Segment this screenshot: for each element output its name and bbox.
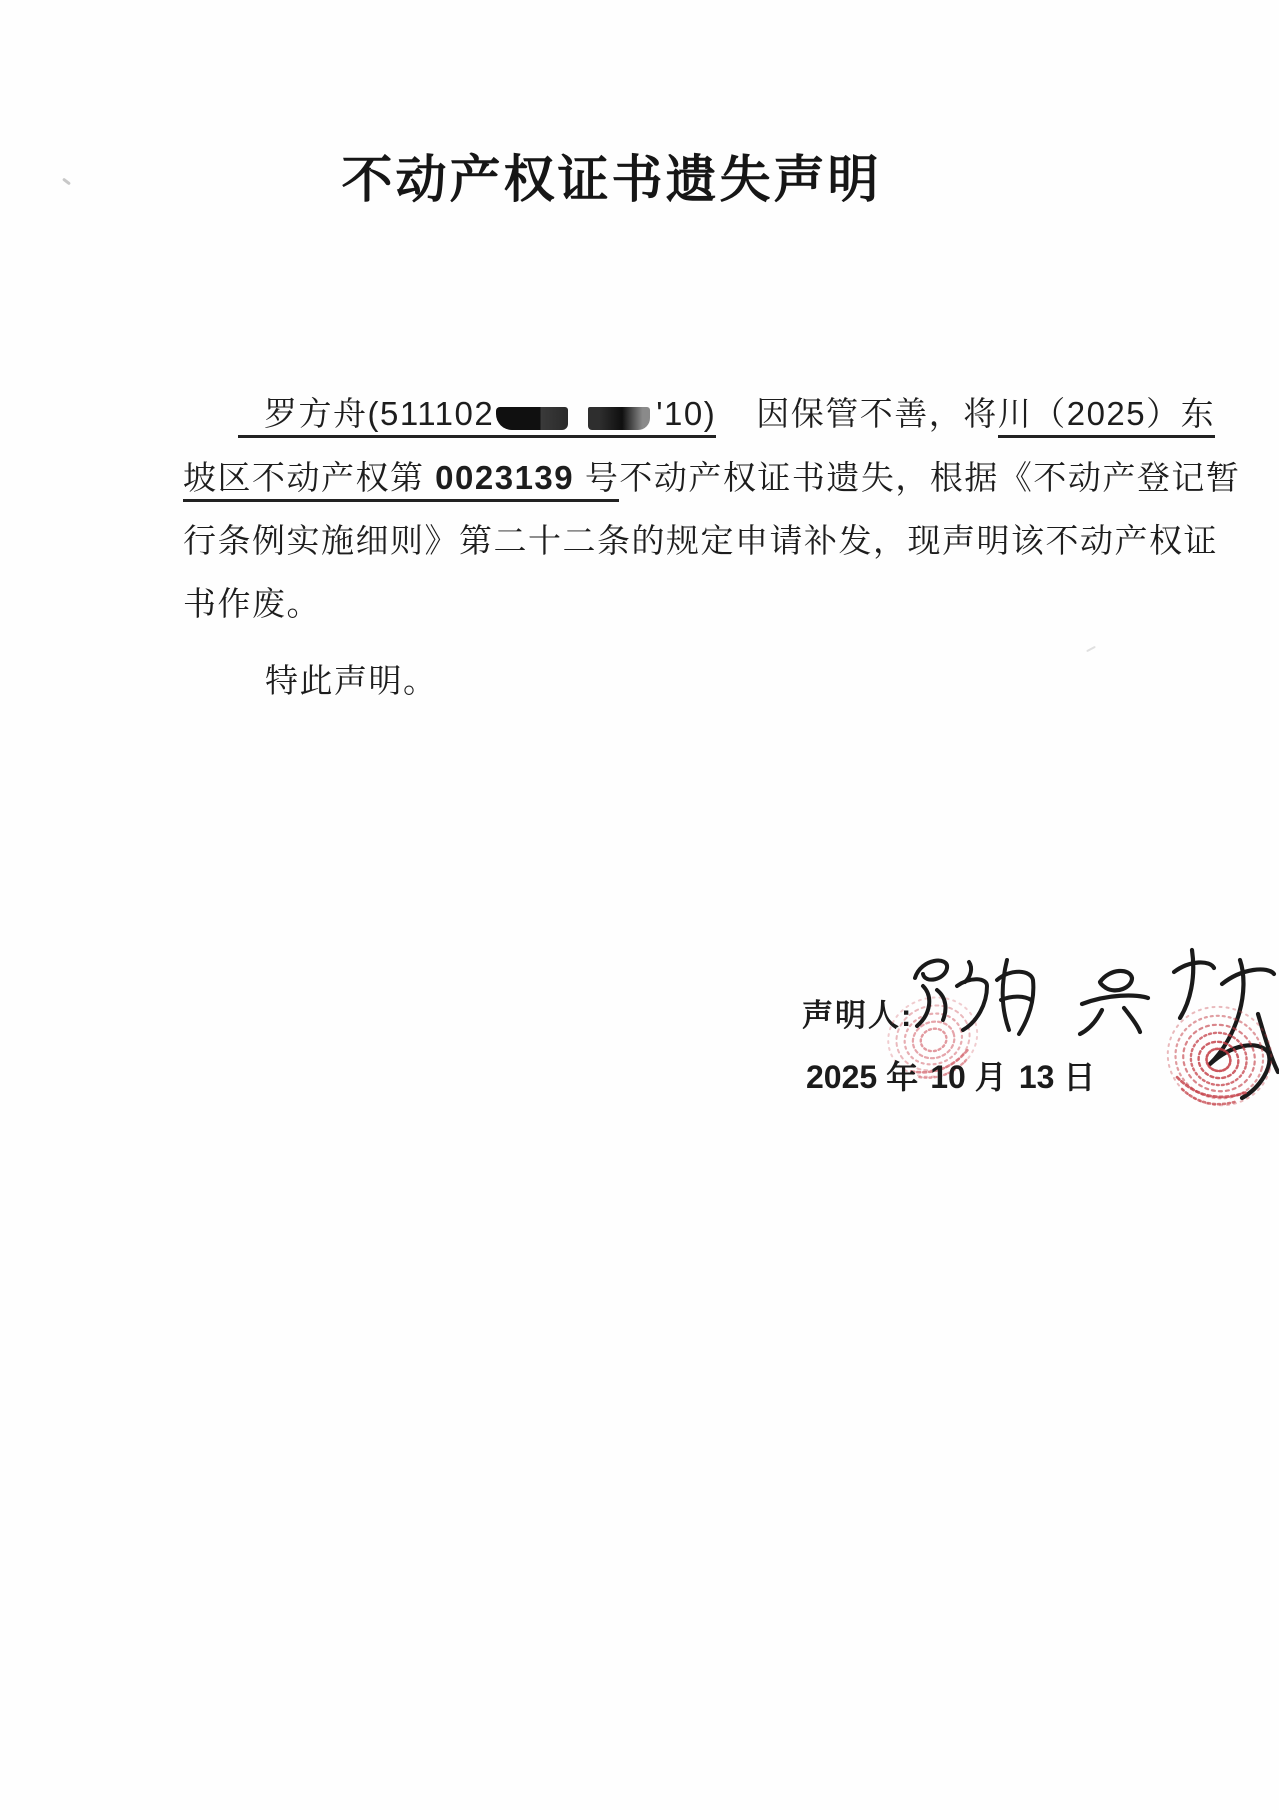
body-line-1: 罗方舟(511102'10)因保管不善，将川（2025）东 xyxy=(238,388,1215,435)
fingerprint-seal-2 xyxy=(1156,998,1279,1116)
body-line-2-rest: 不动产权证书遗失，根据《不动产登记暂 xyxy=(619,459,1240,496)
declaration-date: 2025年10月13日 xyxy=(806,1052,1095,1098)
cert-number-suffix: 号 xyxy=(574,459,619,496)
cert-number: 0023139 xyxy=(435,459,574,496)
cert-number-prefix: 坡区不动产权第 xyxy=(183,459,435,496)
underlined-name-id: 罗方舟(511102'10) xyxy=(238,395,716,438)
handwritten-signature-1 xyxy=(901,950,1053,1044)
declarant-id-suffix: '10) xyxy=(656,395,716,432)
date-year: 2025 xyxy=(806,1059,877,1095)
redaction-block-1 xyxy=(496,407,568,430)
closing-statement: 特此声明。 xyxy=(265,655,438,702)
date-year-unit: 年 xyxy=(886,1059,918,1095)
underlined-certificate-number: 坡区不动产权第 0023139 号 xyxy=(183,459,619,502)
page-title: 不动产权证书遗失声明 xyxy=(0,138,1223,212)
body-line-3: 行条例实施细则》第二十二条的规定申请补发，现声明该不动产权证 xyxy=(183,515,1218,562)
date-month-unit: 月 xyxy=(975,1059,1007,1095)
body-line-1-middle: 因保管不善，将 xyxy=(756,395,998,432)
date-month: 10 xyxy=(930,1059,966,1095)
date-day-unit: 日 xyxy=(1063,1059,1095,1095)
scan-artifact-mark xyxy=(1086,646,1096,652)
redaction-block-2 xyxy=(588,407,650,430)
underlined-certificate-region: 川（2025）东 xyxy=(998,395,1215,438)
body-line-2: 坡区不动产权第 0023139 号不动产权证书遗失，根据《不动产登记暂 xyxy=(183,452,1240,499)
date-day: 13 xyxy=(1019,1059,1055,1095)
body-line-4: 书作废。 xyxy=(183,578,321,625)
scanned-declaration-page: 不动产权证书遗失声明 罗方舟(511102'10)因保管不善，将川（2025）东… xyxy=(0,0,1279,1810)
declarant-name-id-prefix: 罗方舟(511102 xyxy=(264,395,494,432)
